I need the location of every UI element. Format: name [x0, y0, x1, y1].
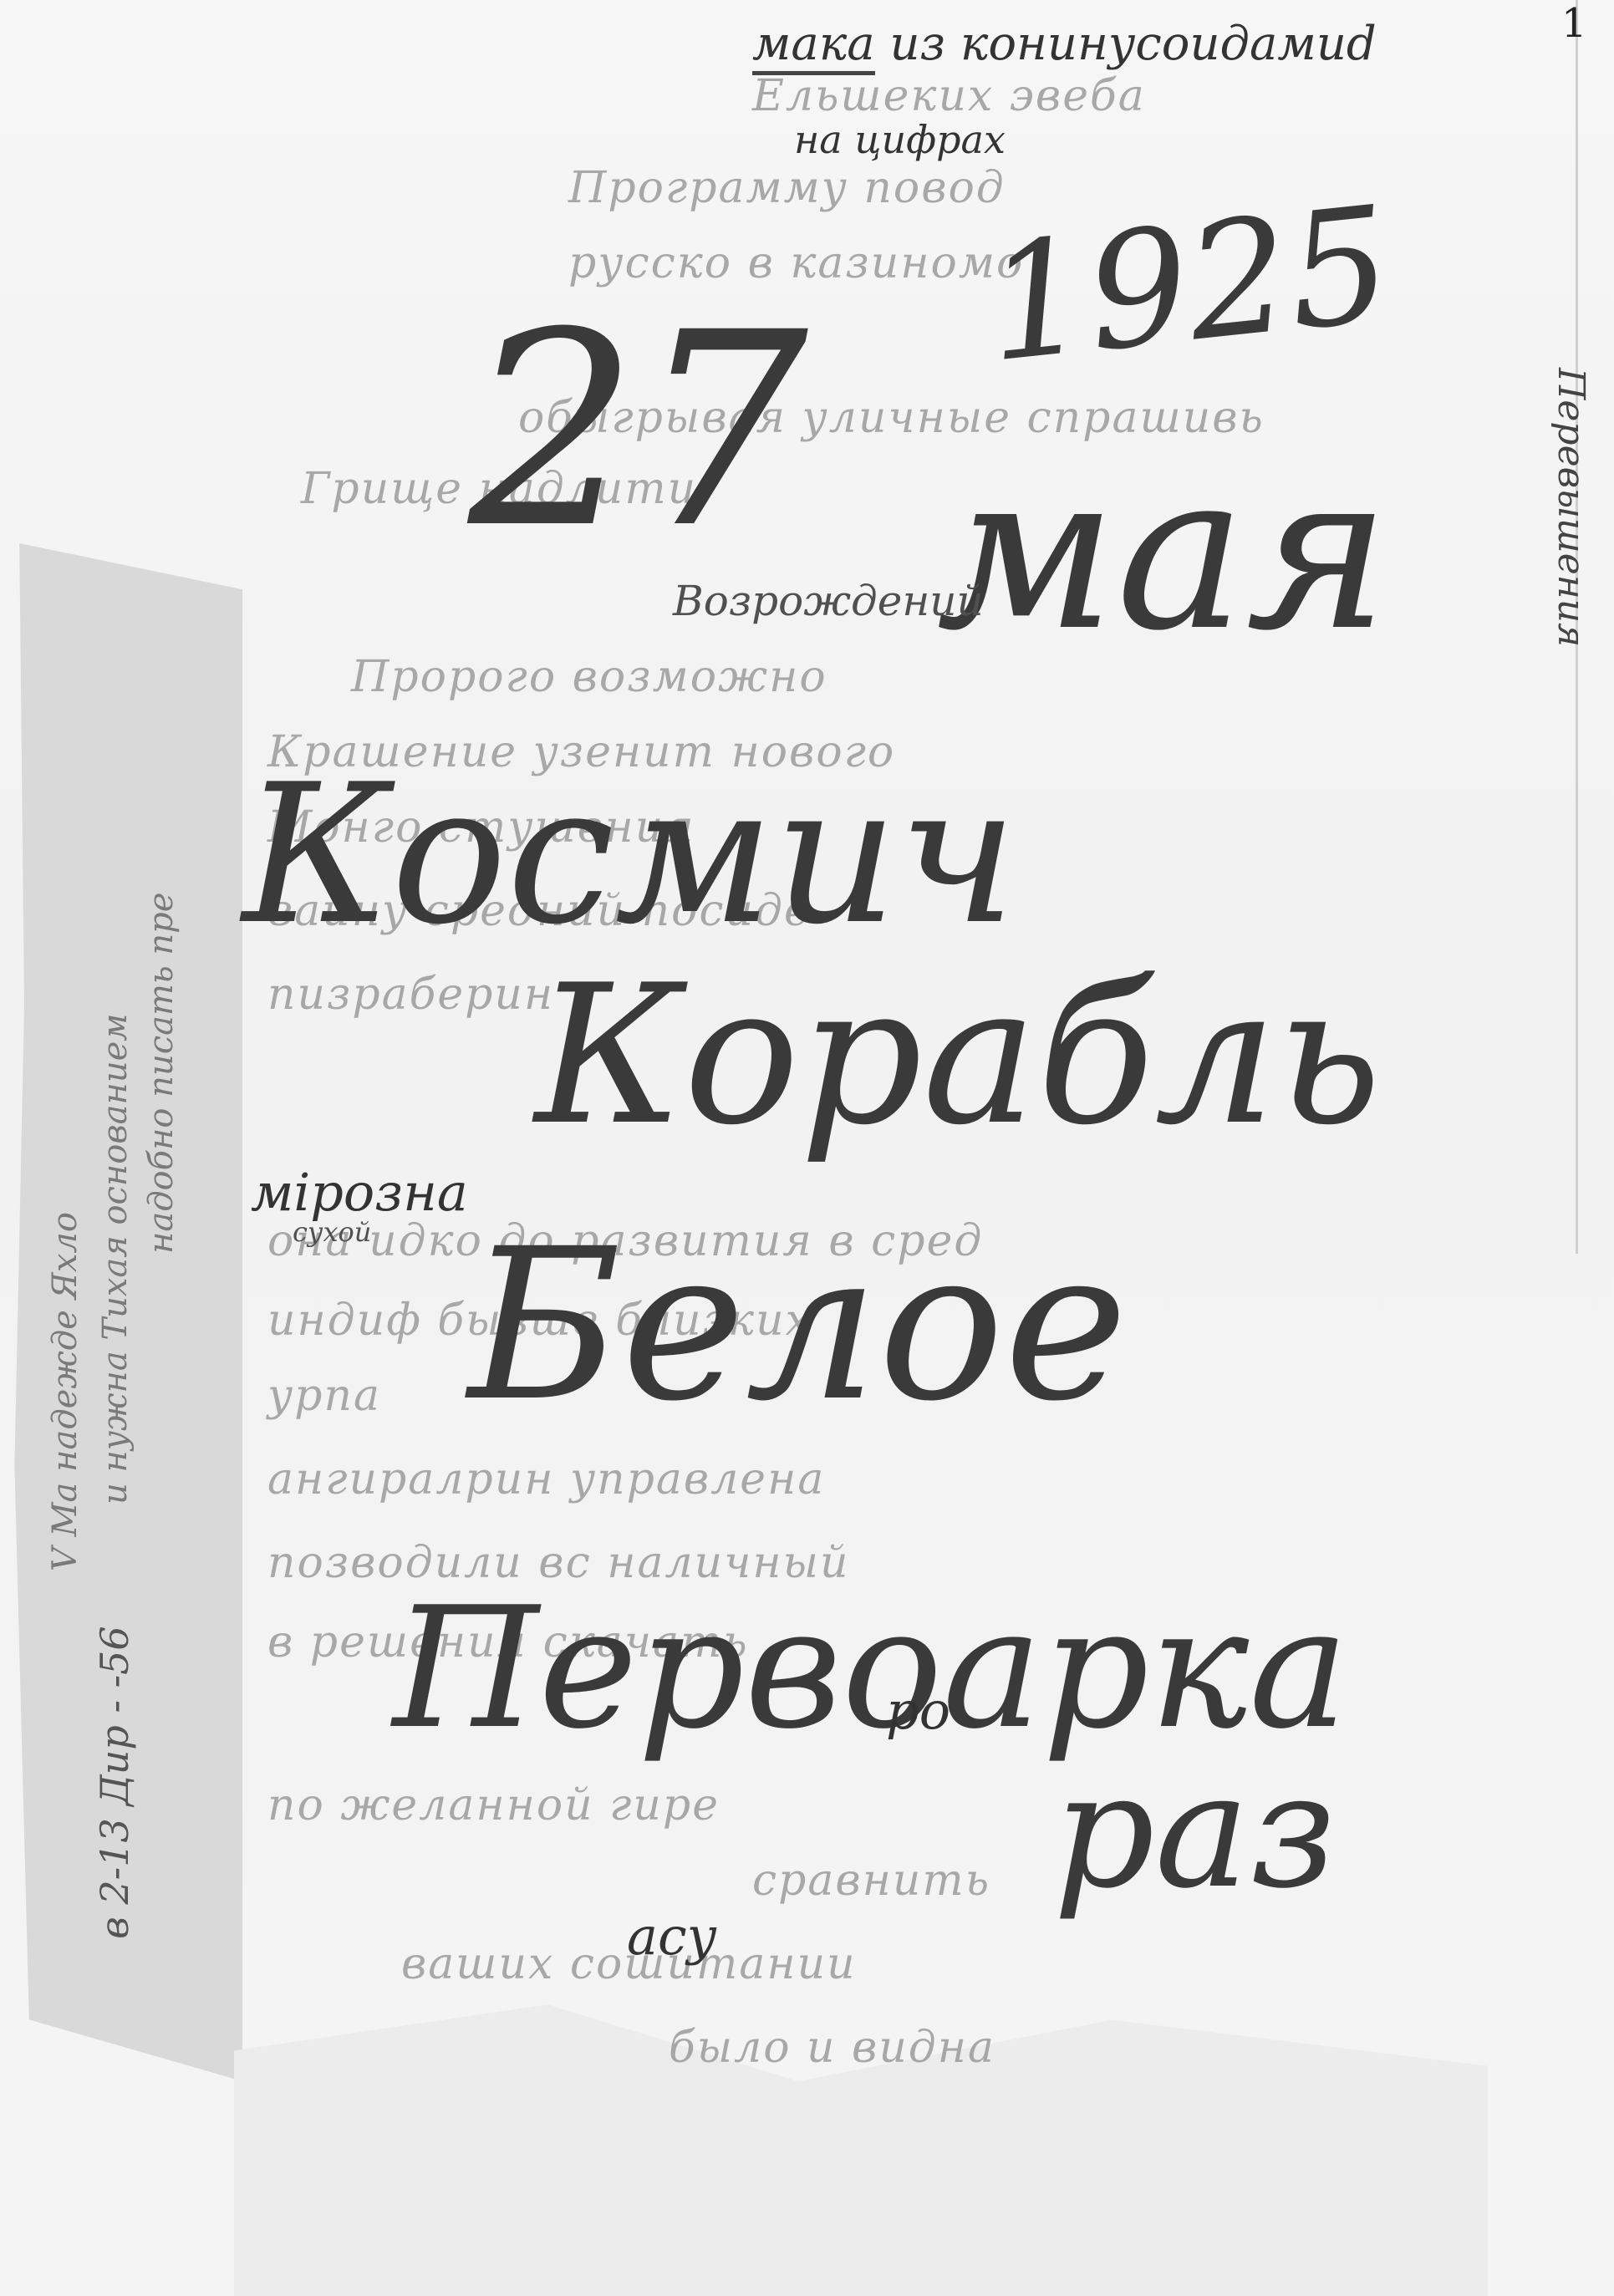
manuscript-page: 1 мака из конинусоидамиd на цифрах Eльше… [0, 0, 1614, 2296]
header-line: мака из конинусоидамиd [752, 17, 1377, 71]
big-word-pervoarka: Первоарка [393, 1571, 1349, 1766]
header-rest: из конинусоидамиd [889, 17, 1376, 71]
header-underlined: мака [752, 17, 875, 75]
note-ro: ро [886, 1680, 950, 1741]
faint-line: Eльшеких эвеба [752, 71, 1146, 121]
big-word-raz: раз [1053, 1739, 1337, 1923]
faint-line: урпа [267, 1371, 381, 1421]
side-note: V Ма надежде Яхло [46, 1212, 84, 1571]
faint-line: было и видна [669, 2023, 995, 2073]
subheader: на цифрах [794, 117, 1006, 162]
side-note-number: в 2-13 Дир - -56 [92, 1626, 137, 1939]
big-word-kosmich: Космич [242, 744, 1017, 967]
note-mirozna: мiрозна [251, 1162, 468, 1223]
note-asu: асу [627, 1906, 717, 1967]
big-month: мая [936, 426, 1390, 679]
faint-line: Программу повод [568, 163, 1006, 213]
note-vozrozhdeniy: Возрождений [673, 577, 984, 625]
side-note: и нужна Тихая основанием [96, 1014, 135, 1504]
side-note: надобно писать пре [142, 893, 181, 1254]
big-year: 1925 [978, 171, 1399, 397]
note-sukhoy: сухой [293, 1216, 371, 1248]
big-word-korabl: Корабль [535, 944, 1382, 1168]
faint-line: по желанной гире [267, 1780, 720, 1830]
page-number: 1 [1561, 0, 1587, 47]
big-day: 27 [468, 276, 808, 587]
faint-line: пизраберин [267, 970, 554, 1020]
faint-line: сравнить [752, 1856, 990, 1906]
faint-line: ангиралрин управлена [267, 1454, 825, 1504]
faint-line: Пророго возможно [351, 652, 827, 702]
note-right-vertical: Перевышения [1550, 368, 1592, 647]
big-word-beloe: Белое [468, 1204, 1128, 1447]
